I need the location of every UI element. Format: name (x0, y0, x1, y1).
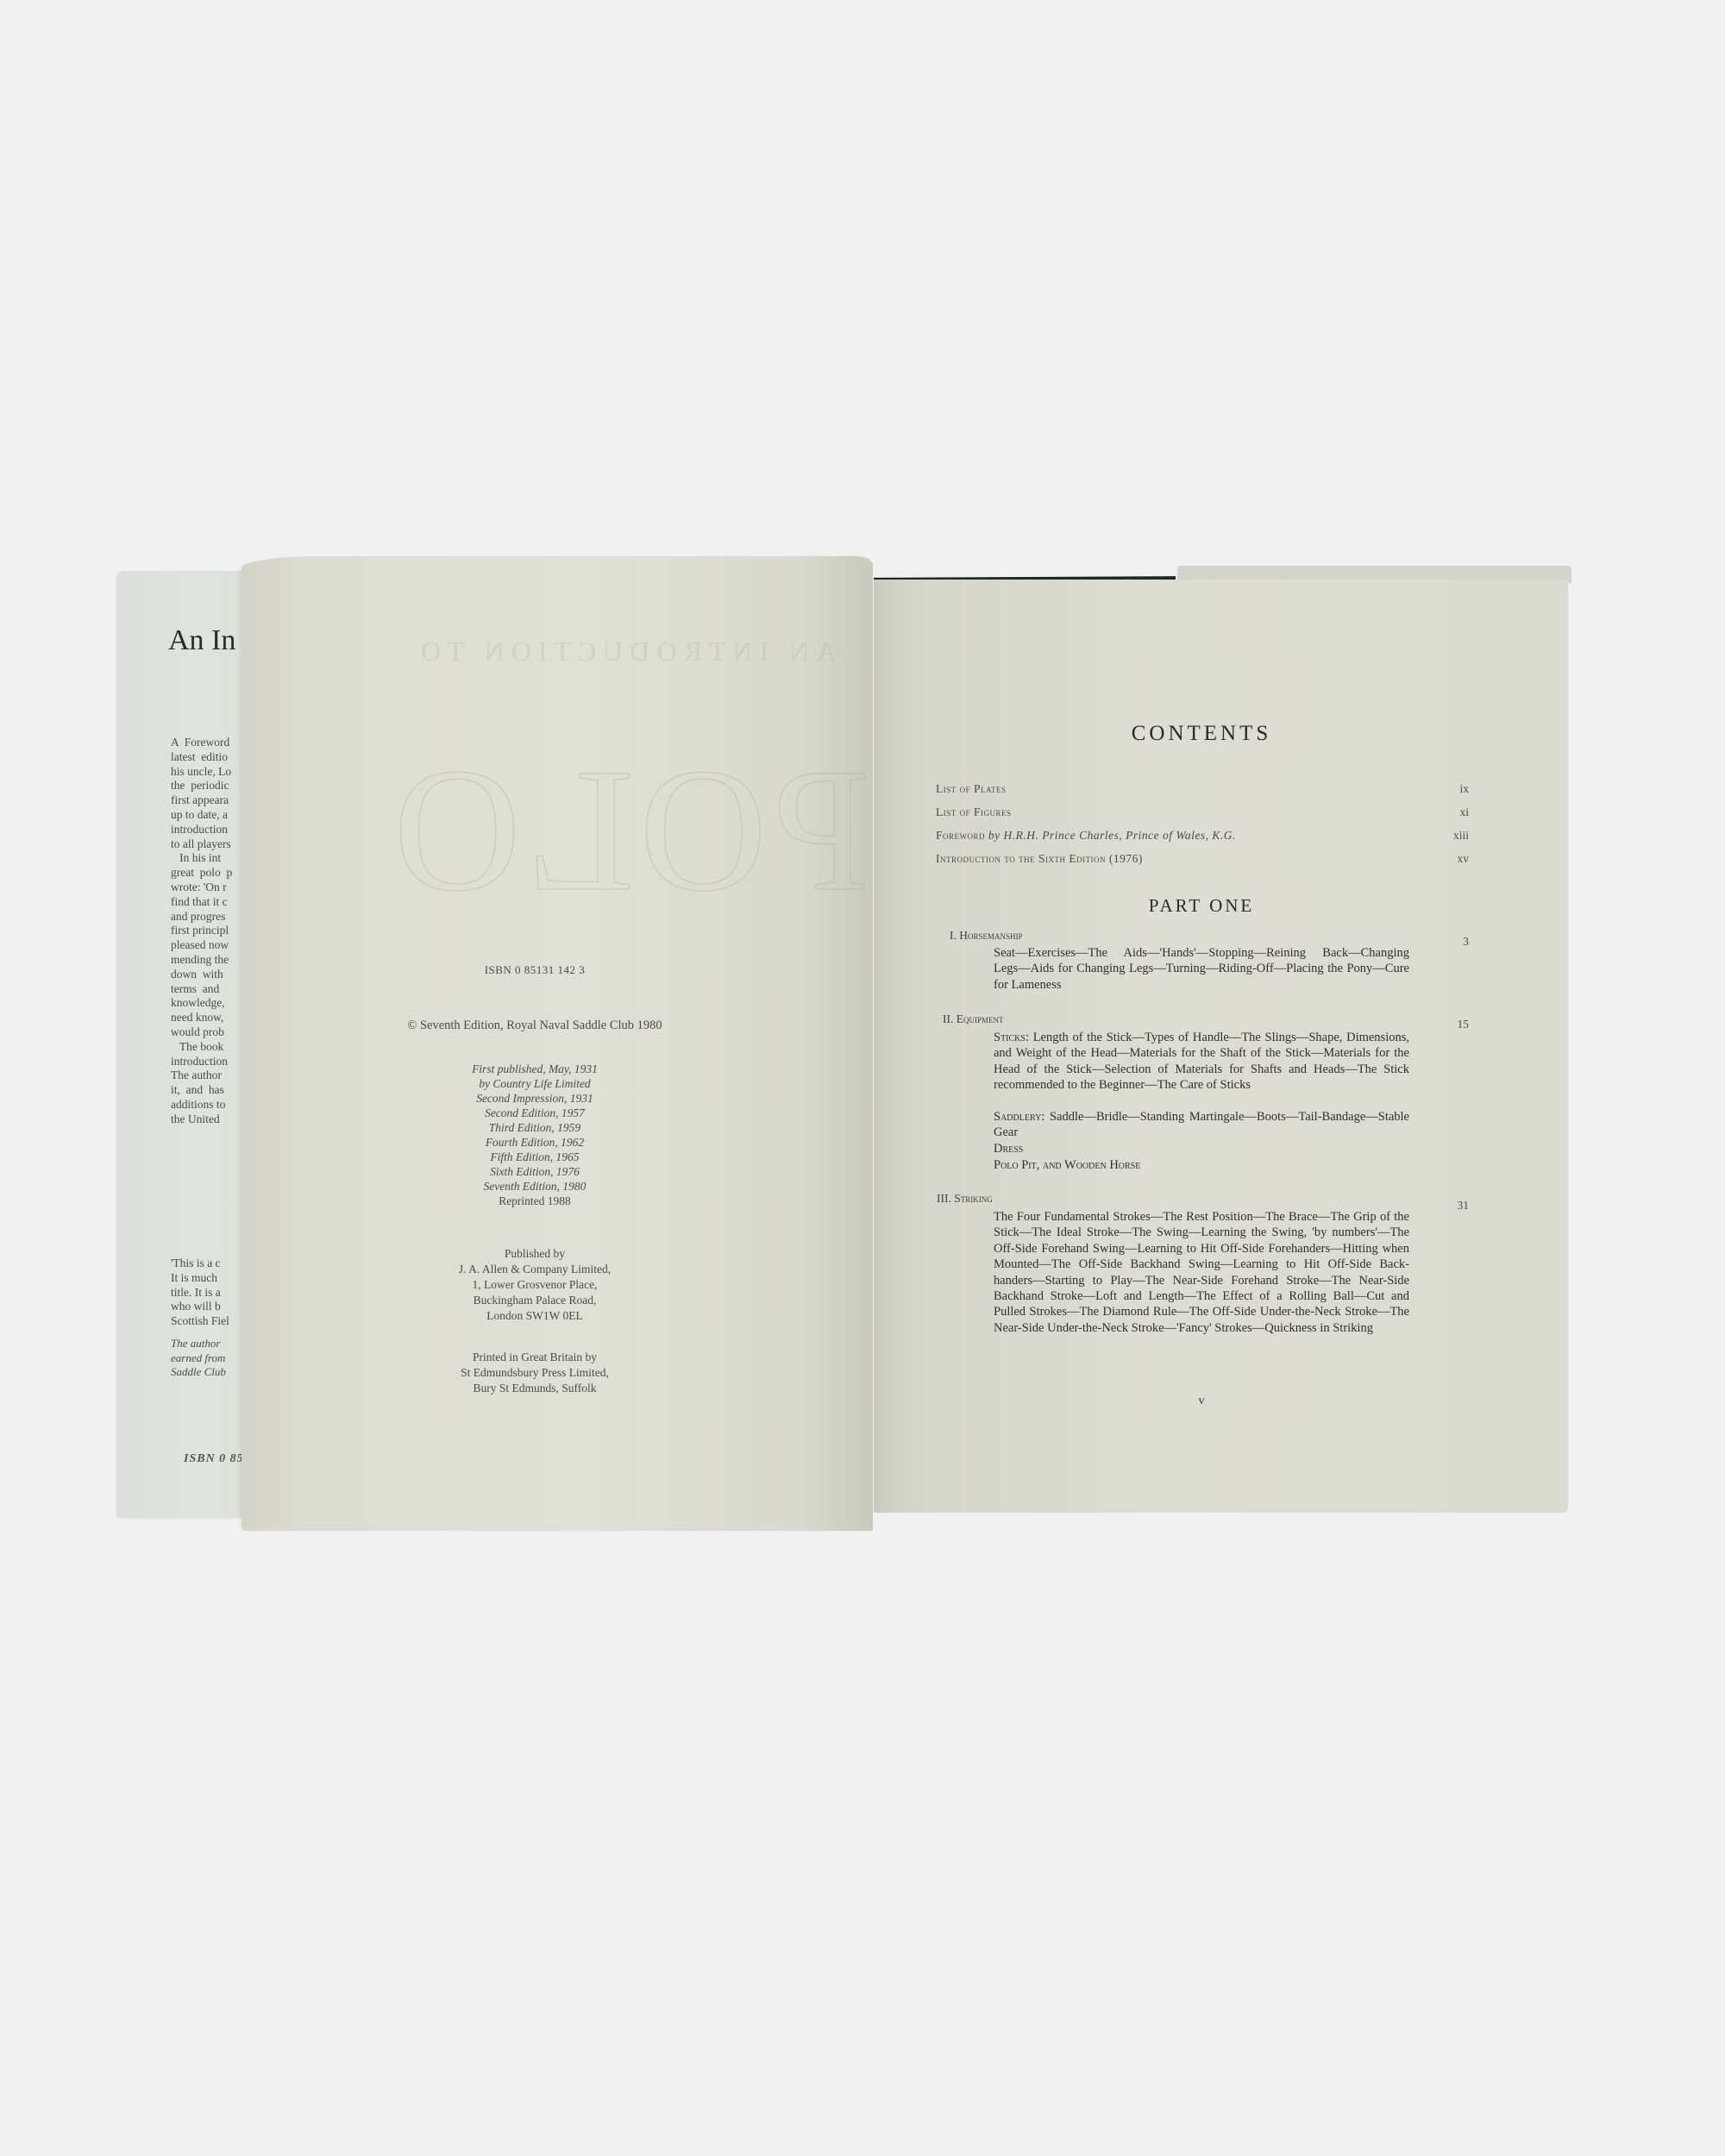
section-text: Length of the Stick—Types of Handle—The … (994, 1031, 1409, 1092)
show-through-subtitle: AN INTRODUCTION TO (414, 636, 836, 667)
jacket-author-note: The author earned from Saddle Club (171, 1337, 226, 1380)
printer-block: Printed in Great Britain by St Edmundsbu… (241, 1350, 828, 1396)
edition-line: Sixth Edition, 1976 (241, 1164, 828, 1179)
toc-label: Foreword (936, 829, 985, 842)
printer-line: St Edmundsbury Press Limited, (241, 1365, 828, 1381)
page-folio: v (874, 1395, 1529, 1408)
chapter-number: II. (943, 1012, 953, 1025)
toc-page-number: xv (1434, 852, 1469, 866)
chapter-number: I. (950, 929, 957, 942)
chapter-title: Striking (954, 1192, 993, 1205)
jacket-isbn: ISBN 0 85 (184, 1452, 244, 1466)
imprint-page: AN INTRODUCTION TO POLO ISBN 0 85131 142… (241, 556, 873, 1531)
section-text: Saddle—Bridle—Standing Martingale—Boots—… (994, 1110, 1409, 1139)
reprint-line: Reprinted 1988 (241, 1194, 828, 1208)
chapter-heading: III. Striking (937, 1192, 993, 1206)
publisher-line: London SW1W 0EL (241, 1308, 828, 1324)
edition-line: Second Impression, 1931 (241, 1091, 828, 1106)
printer-line: Printed in Great Britain by (241, 1350, 828, 1365)
isbn: ISBN 0 85131 142 3 (241, 963, 828, 977)
chapter-section: Polo Pit, and Wooden Horse (994, 1157, 1409, 1173)
toc-page-number: 31 (1434, 1199, 1469, 1213)
edition-line: Third Edition, 1959 (241, 1120, 828, 1135)
contents-heading: CONTENTS (874, 722, 1529, 746)
chapter-section: Sticks: Length of the Stick—Types of Han… (994, 1030, 1409, 1094)
toc-entry-list-of-figures: List of Figures (936, 805, 1453, 819)
publisher-line: Buckingham Palace Road, (241, 1293, 828, 1308)
toc-entry-introduction: Introduction to the Sixth Edition (1976) (936, 852, 1453, 866)
toc-entry-list-of-plates: List of Plates (936, 782, 1453, 796)
edition-line: Fourth Edition, 1962 (241, 1135, 828, 1150)
jacket-review-quote: 'This is a c It is much title. It is a w… (171, 1257, 229, 1329)
printer-line: Bury St Edmunds, Suffolk (241, 1381, 828, 1396)
jacket-title-line1: An In (168, 624, 235, 657)
publisher-line: J. A. Allen & Company Limited, (241, 1262, 828, 1277)
toc-page-number: xi (1434, 805, 1469, 819)
chapter-heading: I. Horsemanship (950, 929, 1023, 943)
section-lead: Saddlery: (994, 1110, 1044, 1124)
toc-page-number: ix (1434, 782, 1469, 796)
publisher-line: 1, Lower Grosvenor Place, (241, 1277, 828, 1293)
copyright-line: © Seventh Edition, Royal Naval Saddle Cl… (241, 1018, 828, 1033)
edition-line: Second Edition, 1957 (241, 1106, 828, 1120)
chapter-title: Equipment (957, 1012, 1004, 1025)
chapter-title: Horsemanship (959, 929, 1022, 942)
toc-page-number: xiii (1434, 829, 1469, 843)
show-through-title: POLO (388, 729, 870, 932)
edition-history: First published, May, 1931 by Country Li… (241, 1062, 828, 1208)
edition-line: Fifth Edition, 1965 (241, 1150, 828, 1164)
section-lead: Sticks: (994, 1031, 1029, 1044)
part-heading: PART ONE (874, 895, 1529, 917)
publisher-line: Published by (241, 1246, 828, 1262)
chapter-section: Dress (994, 1141, 1409, 1156)
edition-line: Seventh Edition, 1980 (241, 1179, 828, 1194)
chapter-section: Saddlery: Saddle—Bridle—Standing Marting… (994, 1109, 1409, 1141)
edition-line: by Country Life Limited (241, 1076, 828, 1091)
edition-line: First published, May, 1931 (241, 1062, 828, 1076)
toc-page-number: 15 (1434, 1018, 1469, 1031)
chapter-summary: Seat—Exercises—The Aids—'Hands'—Stopping… (994, 945, 1409, 993)
toc-page-number: 3 (1434, 935, 1469, 949)
publisher-block: Published by J. A. Allen & Company Limit… (241, 1246, 828, 1324)
contents-page: CONTENTS List of Plates ix List of Figur… (874, 580, 1568, 1513)
toc-entry-foreword: Foreword by H.R.H. Prince Charles, Princ… (936, 829, 1453, 843)
toc-label-italic: by H.R.H. Prince Charles, Prince of Wale… (988, 829, 1236, 842)
chapter-heading: II. Equipment (943, 1012, 1004, 1026)
chapter-summary: The Four Fundamental Strokes—The Rest Po… (994, 1209, 1409, 1336)
chapter-number: III. (937, 1192, 951, 1205)
